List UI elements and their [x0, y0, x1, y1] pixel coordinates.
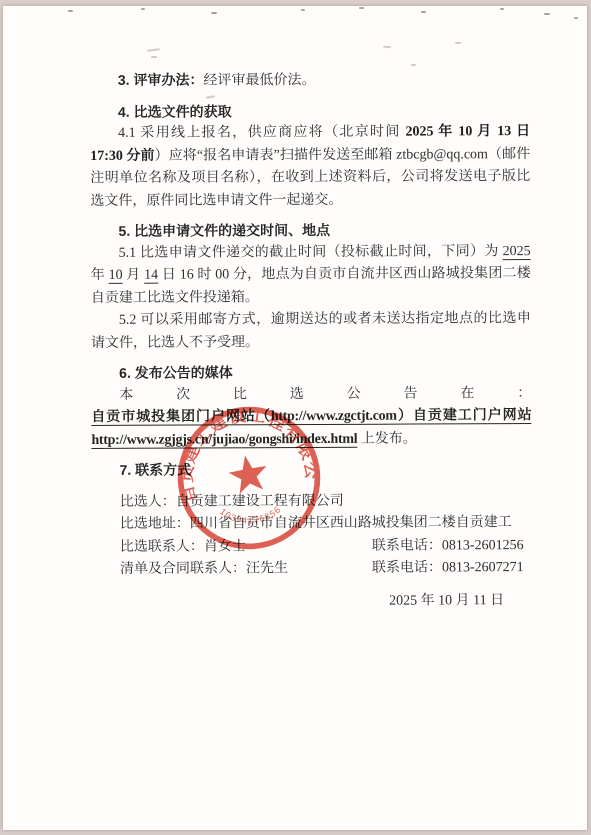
scan-noise-speck — [359, 7, 364, 9]
document-body: 3. 评审办法：经评审最低价法。 4. 比选文件的获取 4.1 采用线上报名，供… — [90, 67, 532, 614]
year-unit: 年 — [91, 268, 109, 283]
scan-noise-speck — [68, 10, 73, 12]
scan-noise-speck — [500, 8, 504, 10]
scan-noise-speck — [411, 64, 416, 66]
scanned-document: { "doc": { "s3": { "bold": "3. 评审办法：", "… — [0, 0, 591, 835]
para-4-1-pre: 4.1 采用线上报名，供应商应将（北京时间 — [118, 125, 405, 141]
section-3-line: 3. 评审办法：经评审最低价法。 — [90, 67, 530, 93]
para-4-1: 4.1 采用线上报名，供应商应将（北京时间 2025 年 10 月 13 日 1… — [90, 121, 530, 213]
scan-noise-speck — [383, 46, 391, 49]
scan-noise-speck — [574, 17, 578, 19]
section-6-heading: 6. 发布公告的媒体 — [91, 360, 531, 384]
contact-phone-2: 联系电话：0813-2607271 — [372, 557, 524, 580]
para-5-2: 5.2 可以采用邮寄方式，逾期送达的或者未送达指定地点的比选申请文件，比选人不予… — [91, 308, 531, 355]
para-6: 本次比选公告在：自贡市城投集团门户网站（http://www.zgctjt.co… — [91, 383, 531, 452]
section-5-heading: 5. 比选申请文件的递交时间、地点 — [90, 218, 530, 242]
section-3-text: 经评审最低价法。 — [203, 73, 315, 88]
contact-row-bidder: 比选人：自贡建工建设工程有限公司 — [92, 490, 532, 514]
contact-row-person2: 清单及合同联系人：汪先生联系电话：0813-2607271 — [92, 557, 532, 581]
para-6-post: 上发布。 — [357, 431, 417, 446]
announcement-date: 2025 年 10 月 11 日 — [92, 590, 532, 614]
scan-noise-speck — [151, 56, 157, 58]
scan-noise-speck — [421, 11, 426, 13]
section-7-heading: 7. 联系方式 — [92, 457, 532, 481]
portal-link-1: 自贡市城投集团门户网站（http://www.zgctjt.com） — [91, 409, 413, 425]
contact-row-address: 比选地址：四川省自贡市自流井区西山路城投集团二楼自贡建工 — [92, 512, 532, 536]
paper-sheet: 3. 评审办法：经评审最低价法。 4. 比选文件的获取 4.1 采用线上报名，供… — [3, 6, 587, 830]
blank-month: 10 — [109, 268, 123, 283]
scan-noise-speck — [147, 48, 160, 52]
contact-row-person1: 比选联系人：肖女士联系电话：0813-2601256 — [92, 535, 532, 559]
scan-noise-speck — [211, 12, 217, 14]
para-5-1-post: 日 16 时 00 分，地点为自贡市自流井区西山路城投集团二楼自贡建工比选文件投… — [91, 266, 531, 305]
blank-year: 2025 — [503, 244, 531, 259]
scan-noise-speck — [141, 8, 145, 10]
blank-day: 14 — [144, 268, 158, 283]
para-4-1-post: ）应将“报名申请表”扫描件发送至邮箱 ztbcgb@qq.com（邮件注明单位名… — [90, 147, 530, 209]
section-4-heading: 4. 比选文件的获取 — [90, 99, 530, 123]
month-unit: 月 — [123, 268, 145, 283]
para-5-1: 5.1 比选申请文件递交的截止时间（投标截止时间，下同）为 2025 年 10 … — [91, 241, 531, 310]
scan-noise-speck — [455, 42, 461, 44]
contact-person-1: 比选联系人：肖女士 — [120, 539, 246, 555]
scan-noise-speck — [544, 13, 550, 15]
contact-person-2: 清单及合同联系人：汪先生 — [120, 561, 288, 577]
para-5-1-pre: 5.1 比选申请文件递交的截止时间（投标截止时间，下同）为 — [119, 244, 503, 261]
scan-noise-speck — [301, 9, 305, 11]
para-6-pre: 本次比选公告在： — [119, 386, 531, 403]
section-3-heading: 3. 评审办法： — [118, 71, 204, 87]
contact-phone-1: 联系电话：0813-2601256 — [372, 535, 524, 558]
